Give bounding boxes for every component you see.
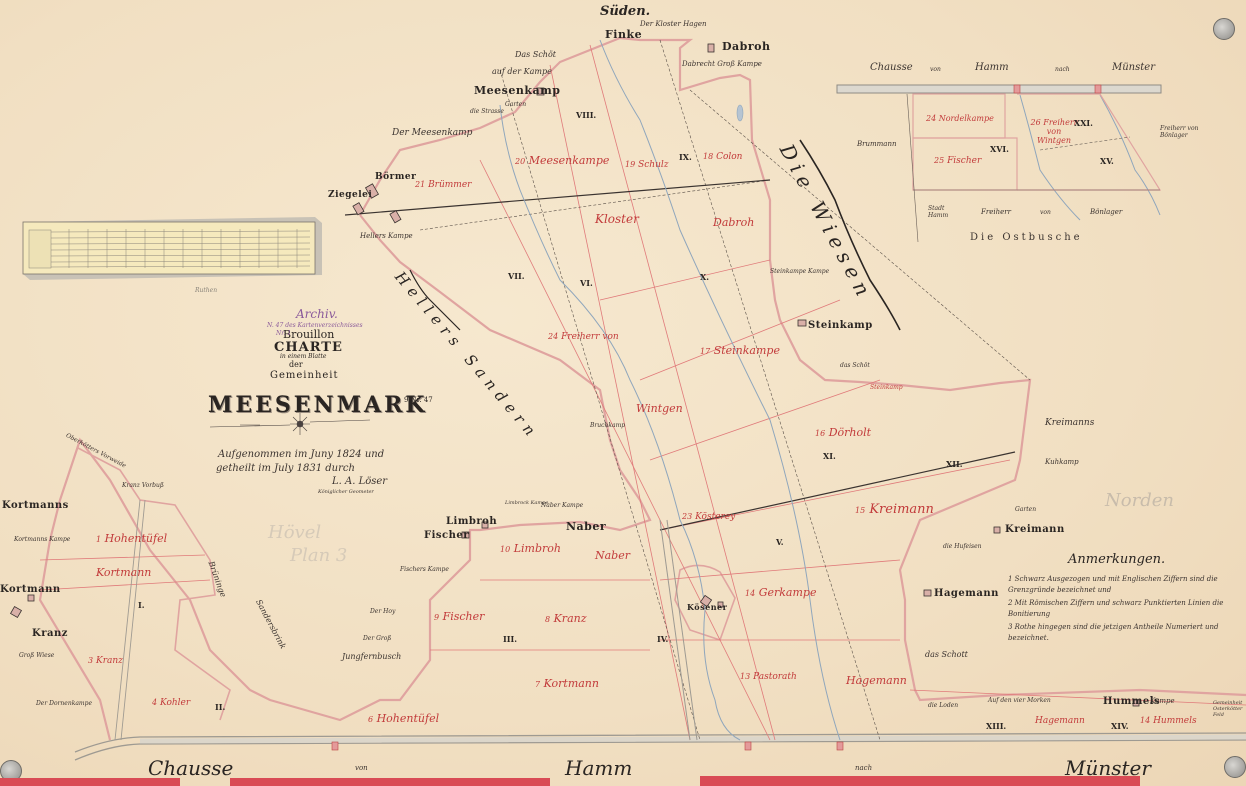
red-tape-strip — [230, 778, 550, 786]
farm-label: Kortmanns — [2, 500, 69, 511]
orientation-sub: Der Kloster Hagen — [640, 20, 707, 28]
allotment-label: 6 Hohentüfel — [368, 712, 439, 725]
field-name: das Schott — [925, 650, 968, 659]
title-suffix: 9 Nr. 47 — [404, 396, 433, 404]
bottom-road-chausse: Chausse — [148, 756, 233, 780]
field-name: von — [1040, 209, 1051, 216]
field-name: Die Ostbusche — [970, 232, 1083, 243]
farm-label: Meesenkamp — [474, 84, 560, 97]
district-numeral: IX. — [679, 152, 692, 162]
farm-label: Kortmann — [0, 584, 61, 595]
allotment-label: 19 Schulz — [625, 160, 668, 170]
allotment-label: Kortmann — [96, 566, 151, 579]
district-numeral: II. — [215, 702, 225, 712]
field-name: die Strasse — [470, 108, 504, 115]
field-name: Gemeinheit Osterkötter Feld — [1213, 700, 1245, 718]
archive-stamp-line2: Nr. 1 — [276, 330, 291, 337]
allotment-label: 14 Hummels — [1140, 716, 1197, 726]
title-blatt: in einem Blatte — [280, 353, 326, 360]
allotment-label: Wintgen — [636, 402, 683, 415]
allotment-label: 10 Limbroh — [500, 542, 561, 555]
allotment-label: Naber — [595, 549, 630, 562]
mounting-pin-icon — [1224, 756, 1246, 778]
field-name: Kranz Vorbuß — [122, 482, 164, 489]
allotment-label: Dabroh — [713, 216, 754, 229]
farm-label: Fischer — [424, 530, 469, 541]
allotment-label: Steinkamp — [870, 384, 903, 391]
pencil-plan: Plan 3 — [290, 545, 347, 566]
remarks-item-1: 1 Schwarz Ausgezogen und mit Englischen … — [1008, 574, 1240, 596]
allotment-label: 24 Nordelkampe — [926, 114, 994, 123]
field-name: Kreimanns — [1045, 418, 1094, 428]
allotment-label: 7 Kortmann — [535, 677, 599, 690]
district-numeral: XVI. — [990, 144, 1009, 154]
field-name: die Loden — [928, 702, 958, 709]
allotment-label: 4 Kohler — [152, 698, 190, 708]
farm-label: Hagemann — [934, 588, 999, 599]
field-name: Steinkampe Kampe — [770, 268, 829, 275]
field-name: die Hufeisen — [943, 543, 982, 550]
field-name: Hellers Kampe — [360, 232, 413, 240]
bottom-road-nach: nach — [855, 764, 872, 772]
top-road-hamm: Hamm — [975, 62, 1009, 73]
field-name: Der Groß — [363, 635, 391, 642]
field-name: Fischers Kampe — [400, 566, 449, 573]
field-name: Brummann — [857, 140, 896, 148]
top-road-von: von — [930, 66, 941, 73]
field-name: Stadt Hamm — [928, 205, 954, 219]
allotment-label: 9 Fischer — [434, 610, 484, 623]
allotment-label: Kloster — [595, 212, 639, 226]
field-name: Auf den vier Morken — [988, 697, 1051, 704]
district-numeral: VII. — [508, 271, 524, 281]
farm-label: Dabroh — [722, 40, 771, 53]
orientation-sueden: Süden. — [600, 4, 650, 19]
allotment-label: 1 Hohentüfel — [96, 532, 167, 545]
remarks-heading: Anmerkungen. — [1068, 552, 1165, 567]
mounting-pin-icon — [1213, 18, 1235, 40]
field-name: Jungfernbusch — [342, 652, 401, 661]
district-numeral: XIII. — [986, 721, 1006, 731]
field-name: Der Hoy — [370, 608, 395, 615]
historical-map: Norden Hövel Plan 3 Brouillon CHARTE in … — [0, 0, 1246, 786]
title-signature: L. A. Löser — [332, 476, 387, 487]
district-numeral: XI. — [823, 451, 836, 461]
allotment-label: 13 Pastorath — [740, 672, 797, 682]
district-numeral: XII. — [946, 459, 962, 469]
red-tape-strip — [0, 778, 180, 786]
scale-bar — [23, 217, 322, 280]
archive-stamp: Archiv. — [296, 307, 338, 321]
title-note-1: Aufgenommen im Juny 1824 und — [218, 449, 384, 460]
farm-label: Steinkamp — [808, 320, 873, 331]
district-numeral: V. — [776, 537, 784, 547]
farm-label: Kranz — [32, 628, 68, 639]
field-name: Kortmanns Kampe — [14, 536, 70, 543]
allotment-label: 25 Fischer — [934, 156, 981, 166]
field-name: Kampe — [1150, 697, 1175, 705]
allotment-label: Hagemann — [846, 674, 907, 687]
field-name: Das Schöt — [515, 50, 556, 59]
farm-label: Börmer — [375, 172, 416, 182]
allotment-label: 8 Kranz — [545, 612, 587, 625]
district-numeral: IV. — [657, 634, 668, 644]
remarks-item-2: 2 Mit Römischen Ziffern und schwarz Punk… — [1008, 598, 1240, 620]
district-numeral: XXI. — [1074, 118, 1093, 128]
district-numeral: VIII. — [576, 110, 596, 120]
allotment-label: 20 Meesenkampe — [515, 154, 609, 167]
field-name: auf der Kampe — [492, 67, 552, 76]
allotment-label: 18 Colon — [703, 152, 742, 162]
district-numeral: VI. — [580, 278, 593, 288]
top-road-muenster: Münster — [1112, 62, 1155, 73]
allotment-label: 23 Kösterey — [682, 512, 735, 522]
farm-label: Ziegelei — [328, 190, 372, 200]
bottom-road-von: von — [355, 764, 368, 772]
scale-caption: Ruthen — [195, 287, 217, 294]
field-name: Kuhkamp — [1045, 458, 1079, 466]
district-numeral: XIV. — [1111, 721, 1129, 731]
remarks-item-3: 3 Rothe hingegen sind die jetzigen Anthe… — [1008, 622, 1240, 644]
field-name: Freiherr von Bönlager — [1160, 125, 1206, 139]
pencil-hoevel: Hövel — [268, 522, 321, 543]
title-gemeinheit: Gemeinheit — [270, 370, 339, 381]
top-road-nach: nach — [1055, 66, 1070, 73]
allotment-label: 16 Dörholt — [815, 426, 871, 439]
farm-label: Finke — [605, 28, 642, 41]
field-name: Der Dornenkampe — [36, 700, 92, 707]
red-tape-strip — [700, 776, 1140, 786]
title-note-2: getheilt im July 1831 durch — [216, 463, 355, 474]
district-numeral: XV. — [1100, 156, 1114, 166]
allotment-label: 17 Steinkampe — [700, 344, 780, 357]
allotment-label: Hagemann — [1035, 716, 1085, 726]
district-numeral: III. — [503, 634, 517, 644]
title-meesenmark: MEESENMARK — [208, 392, 427, 418]
allotment-label: 14 Gerkampe — [745, 586, 816, 599]
field-name: Freiherr — [981, 208, 1011, 216]
field-name: Bruchkamp — [590, 422, 625, 429]
field-name: Bönlager — [1090, 208, 1122, 216]
field-name: Naber Kampe — [541, 502, 583, 509]
allotment-label: 15 Kreimann — [855, 502, 934, 517]
allotment-label: 24 Freiherr von — [548, 332, 619, 342]
field-name: Garten — [505, 101, 526, 108]
bottom-road-hamm: Hamm — [565, 756, 632, 780]
field-name: Dabrecht Groß Kampe — [682, 60, 762, 68]
field-name: das Schöt — [840, 362, 870, 369]
district-numeral: I. — [138, 600, 145, 610]
allotment-label: 26 Freiherr von Wintgen — [1030, 118, 1078, 145]
field-name: Garten — [1015, 506, 1036, 513]
farm-label: Kreimann — [1005, 524, 1065, 535]
allotment-label: 21 Brümmer — [415, 180, 471, 190]
allotment-label: 3 Kranz — [88, 656, 123, 666]
farm-label: Limbroh — [446, 516, 497, 527]
archive-stamp-line1: N. 47 des Kartenverzeichnisses — [267, 322, 363, 329]
farm-label: Naber — [566, 520, 606, 533]
top-road-chausse: Chausse — [870, 62, 913, 73]
field-name: Der Meesenkamp — [392, 128, 472, 138]
field-name: Groß Wiese — [19, 652, 54, 659]
title-signature-sub: Königlicher Geometer — [318, 489, 374, 495]
district-numeral: X. — [700, 272, 709, 282]
title-der: der — [289, 360, 303, 369]
farm-label: Kösener — [687, 602, 727, 612]
pencil-norden: Norden — [1105, 490, 1174, 511]
